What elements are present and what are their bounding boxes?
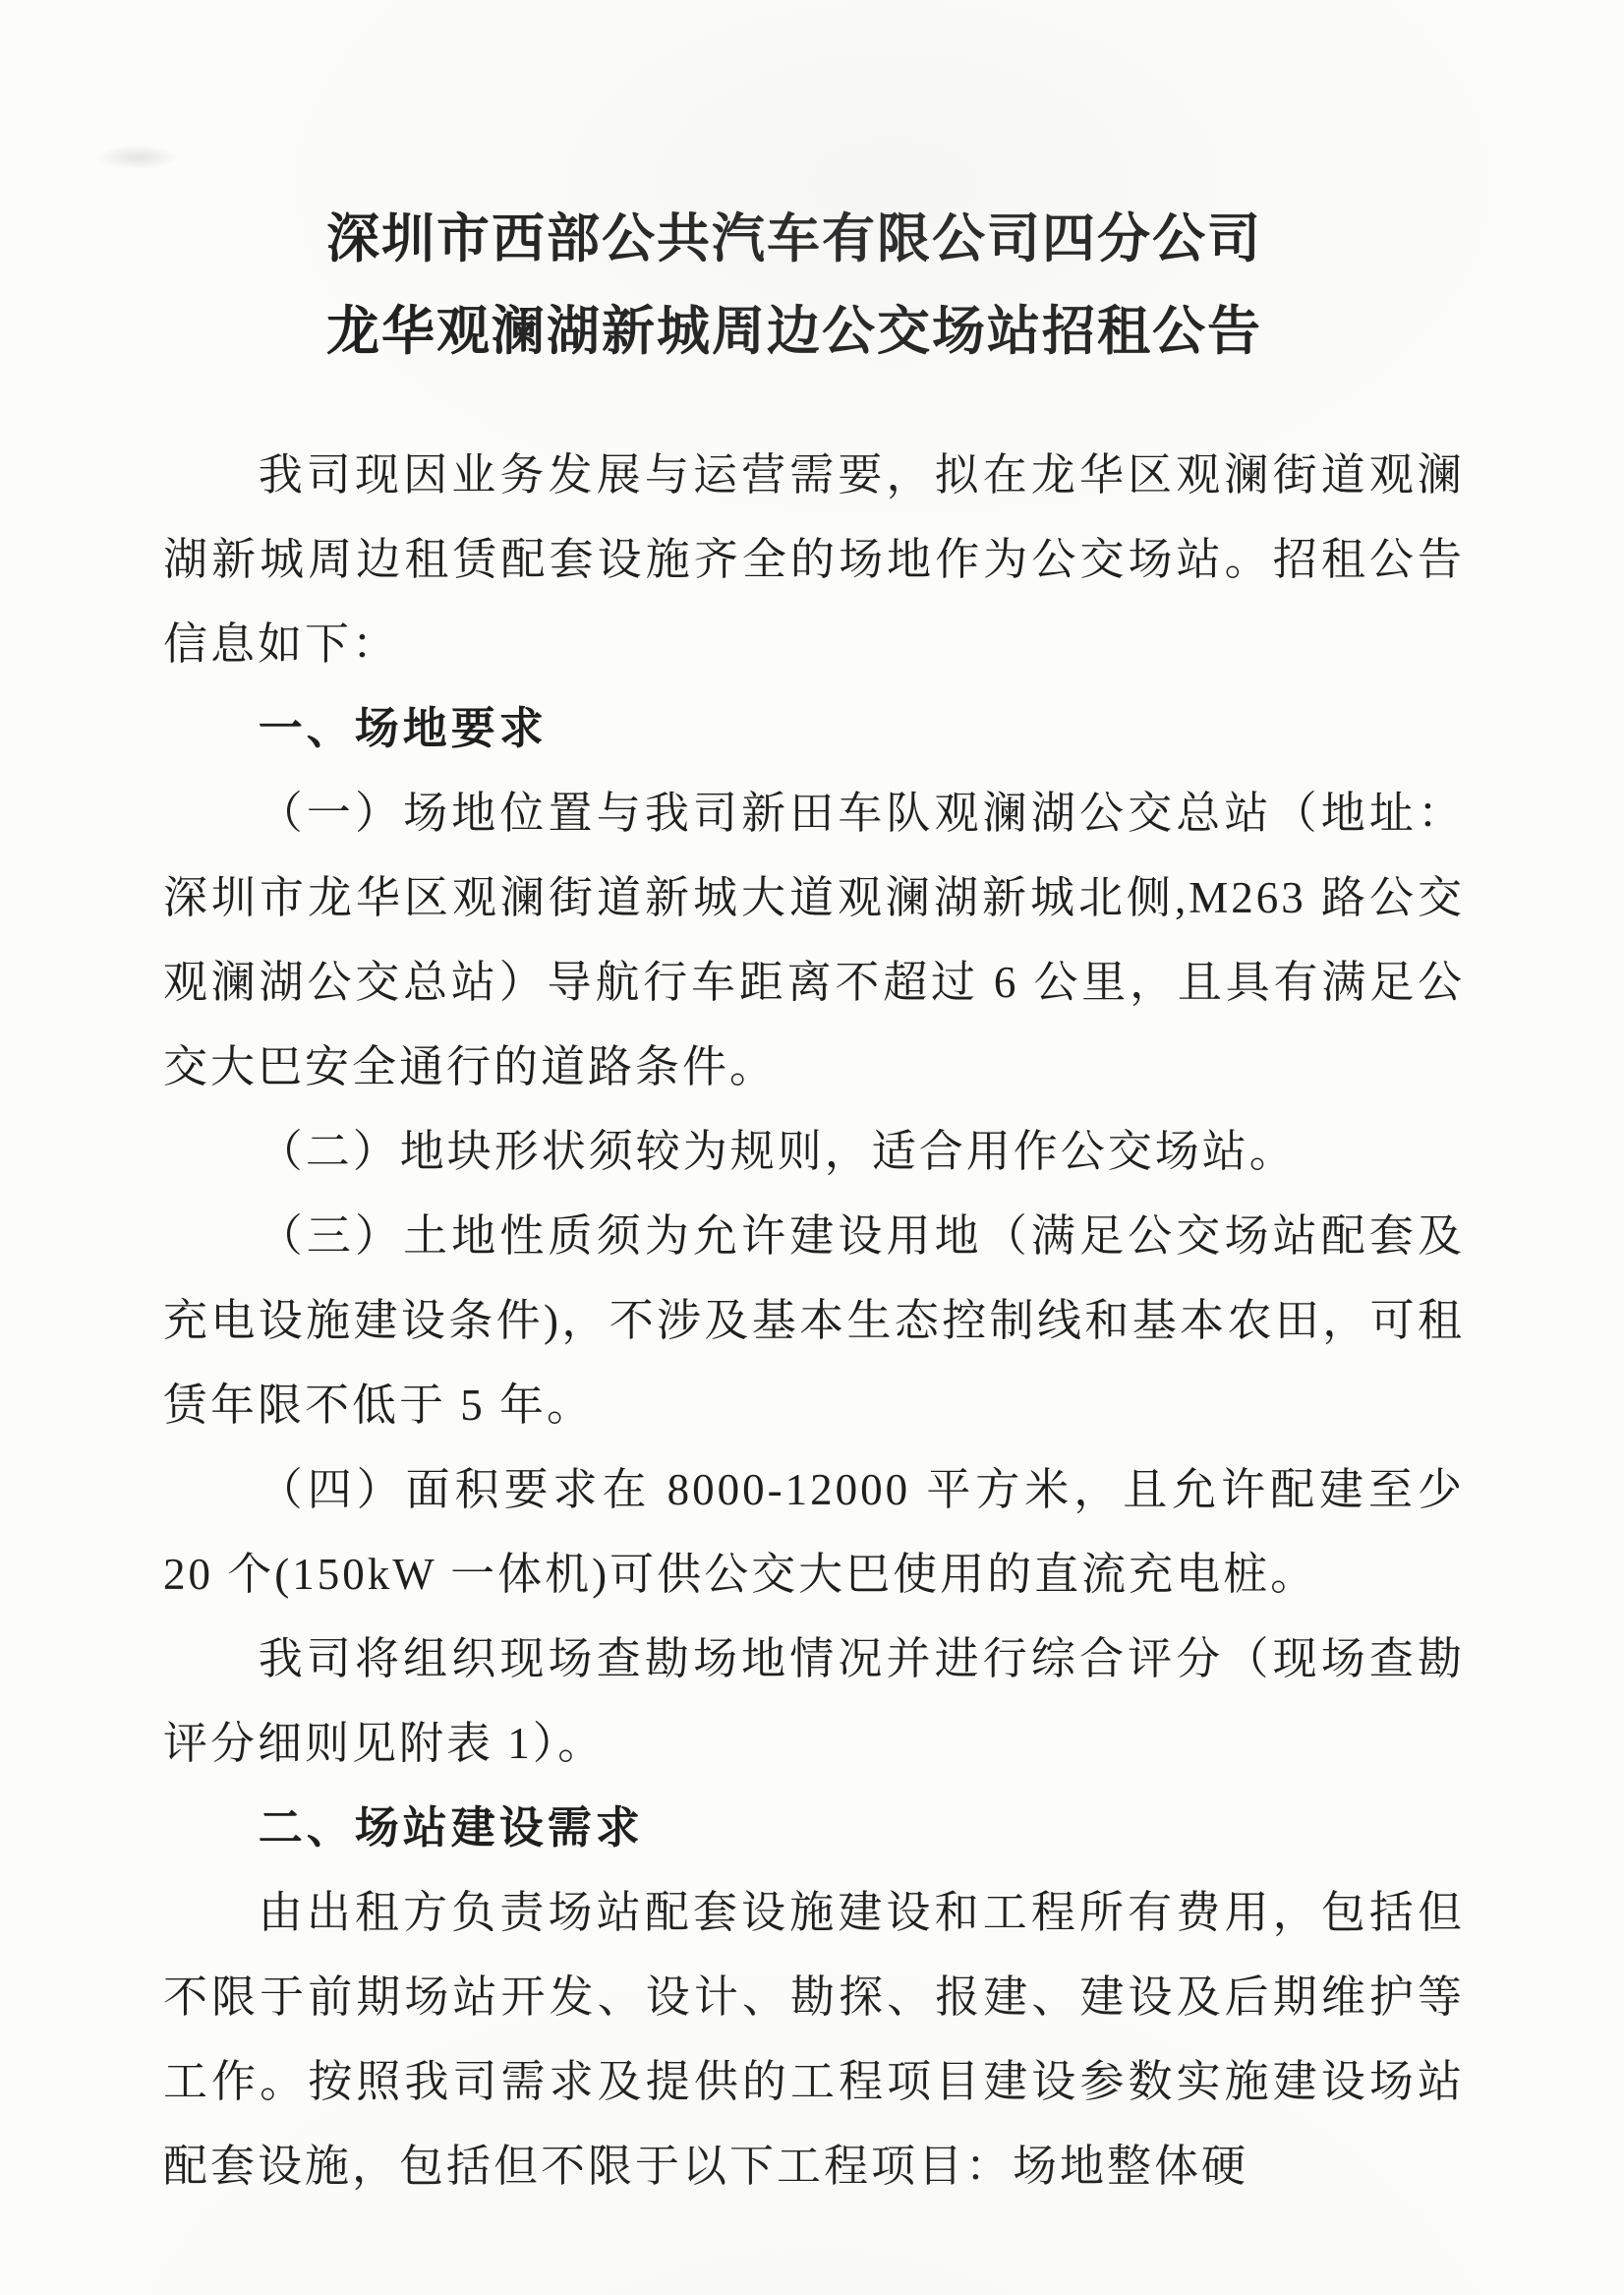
intro-paragraph: 我司现因业务发展与运营需要，拟在龙华区观澜街道观澜湖新城周边租赁配套设施齐全的场… <box>163 433 1465 686</box>
document-title-line-1: 深圳市西部公共汽车有限公司四分公司 <box>163 193 1425 285</box>
section-1-clause-1: （一）场地位置与我司新田车队观澜湖公交总站（地址：深圳市龙华区观澜街道新城大道观… <box>163 771 1465 1109</box>
section-2-body: 由出租方负责场站配套设施建设和工程所有费用，包括但不限于前期场站开发、设计、勘探… <box>163 1870 1465 2208</box>
section-1-clause-3: （三）土地性质须为允许建设用地（满足公交场站配套及充电设施建设条件)，不涉及基本… <box>163 1194 1465 1447</box>
scanned-document-page: 深圳市西部公共汽车有限公司四分公司 龙华观澜湖新城周边公交场站招租公告 我司现因… <box>0 0 1624 2295</box>
section-1-clause-4: （四）面积要求在 8000-12000 平方米，且允许配建至少 20 个(150… <box>163 1447 1465 1617</box>
section-1-clause-2: （二）地块形状须较为规则，适合用作公交场站。 <box>163 1109 1465 1194</box>
document-body: 我司现因业务发展与运营需要，拟在龙华区观澜街道观澜湖新城周边租赁配套设施齐全的场… <box>163 433 1465 2208</box>
section-1-note: 我司将组织现场查勘场地情况并进行综合评分（现场查勘评分细则见附表 1）。 <box>163 1617 1465 1786</box>
document-title-line-2: 龙华观澜湖新城周边公交场站招租公告 <box>163 285 1425 378</box>
section-2-heading: 二、场站建设需求 <box>163 1786 1465 1870</box>
section-1-heading: 一、场地要求 <box>163 686 1465 771</box>
document-title: 深圳市西部公共汽车有限公司四分公司 龙华观澜湖新城周边公交场站招租公告 <box>163 193 1425 378</box>
